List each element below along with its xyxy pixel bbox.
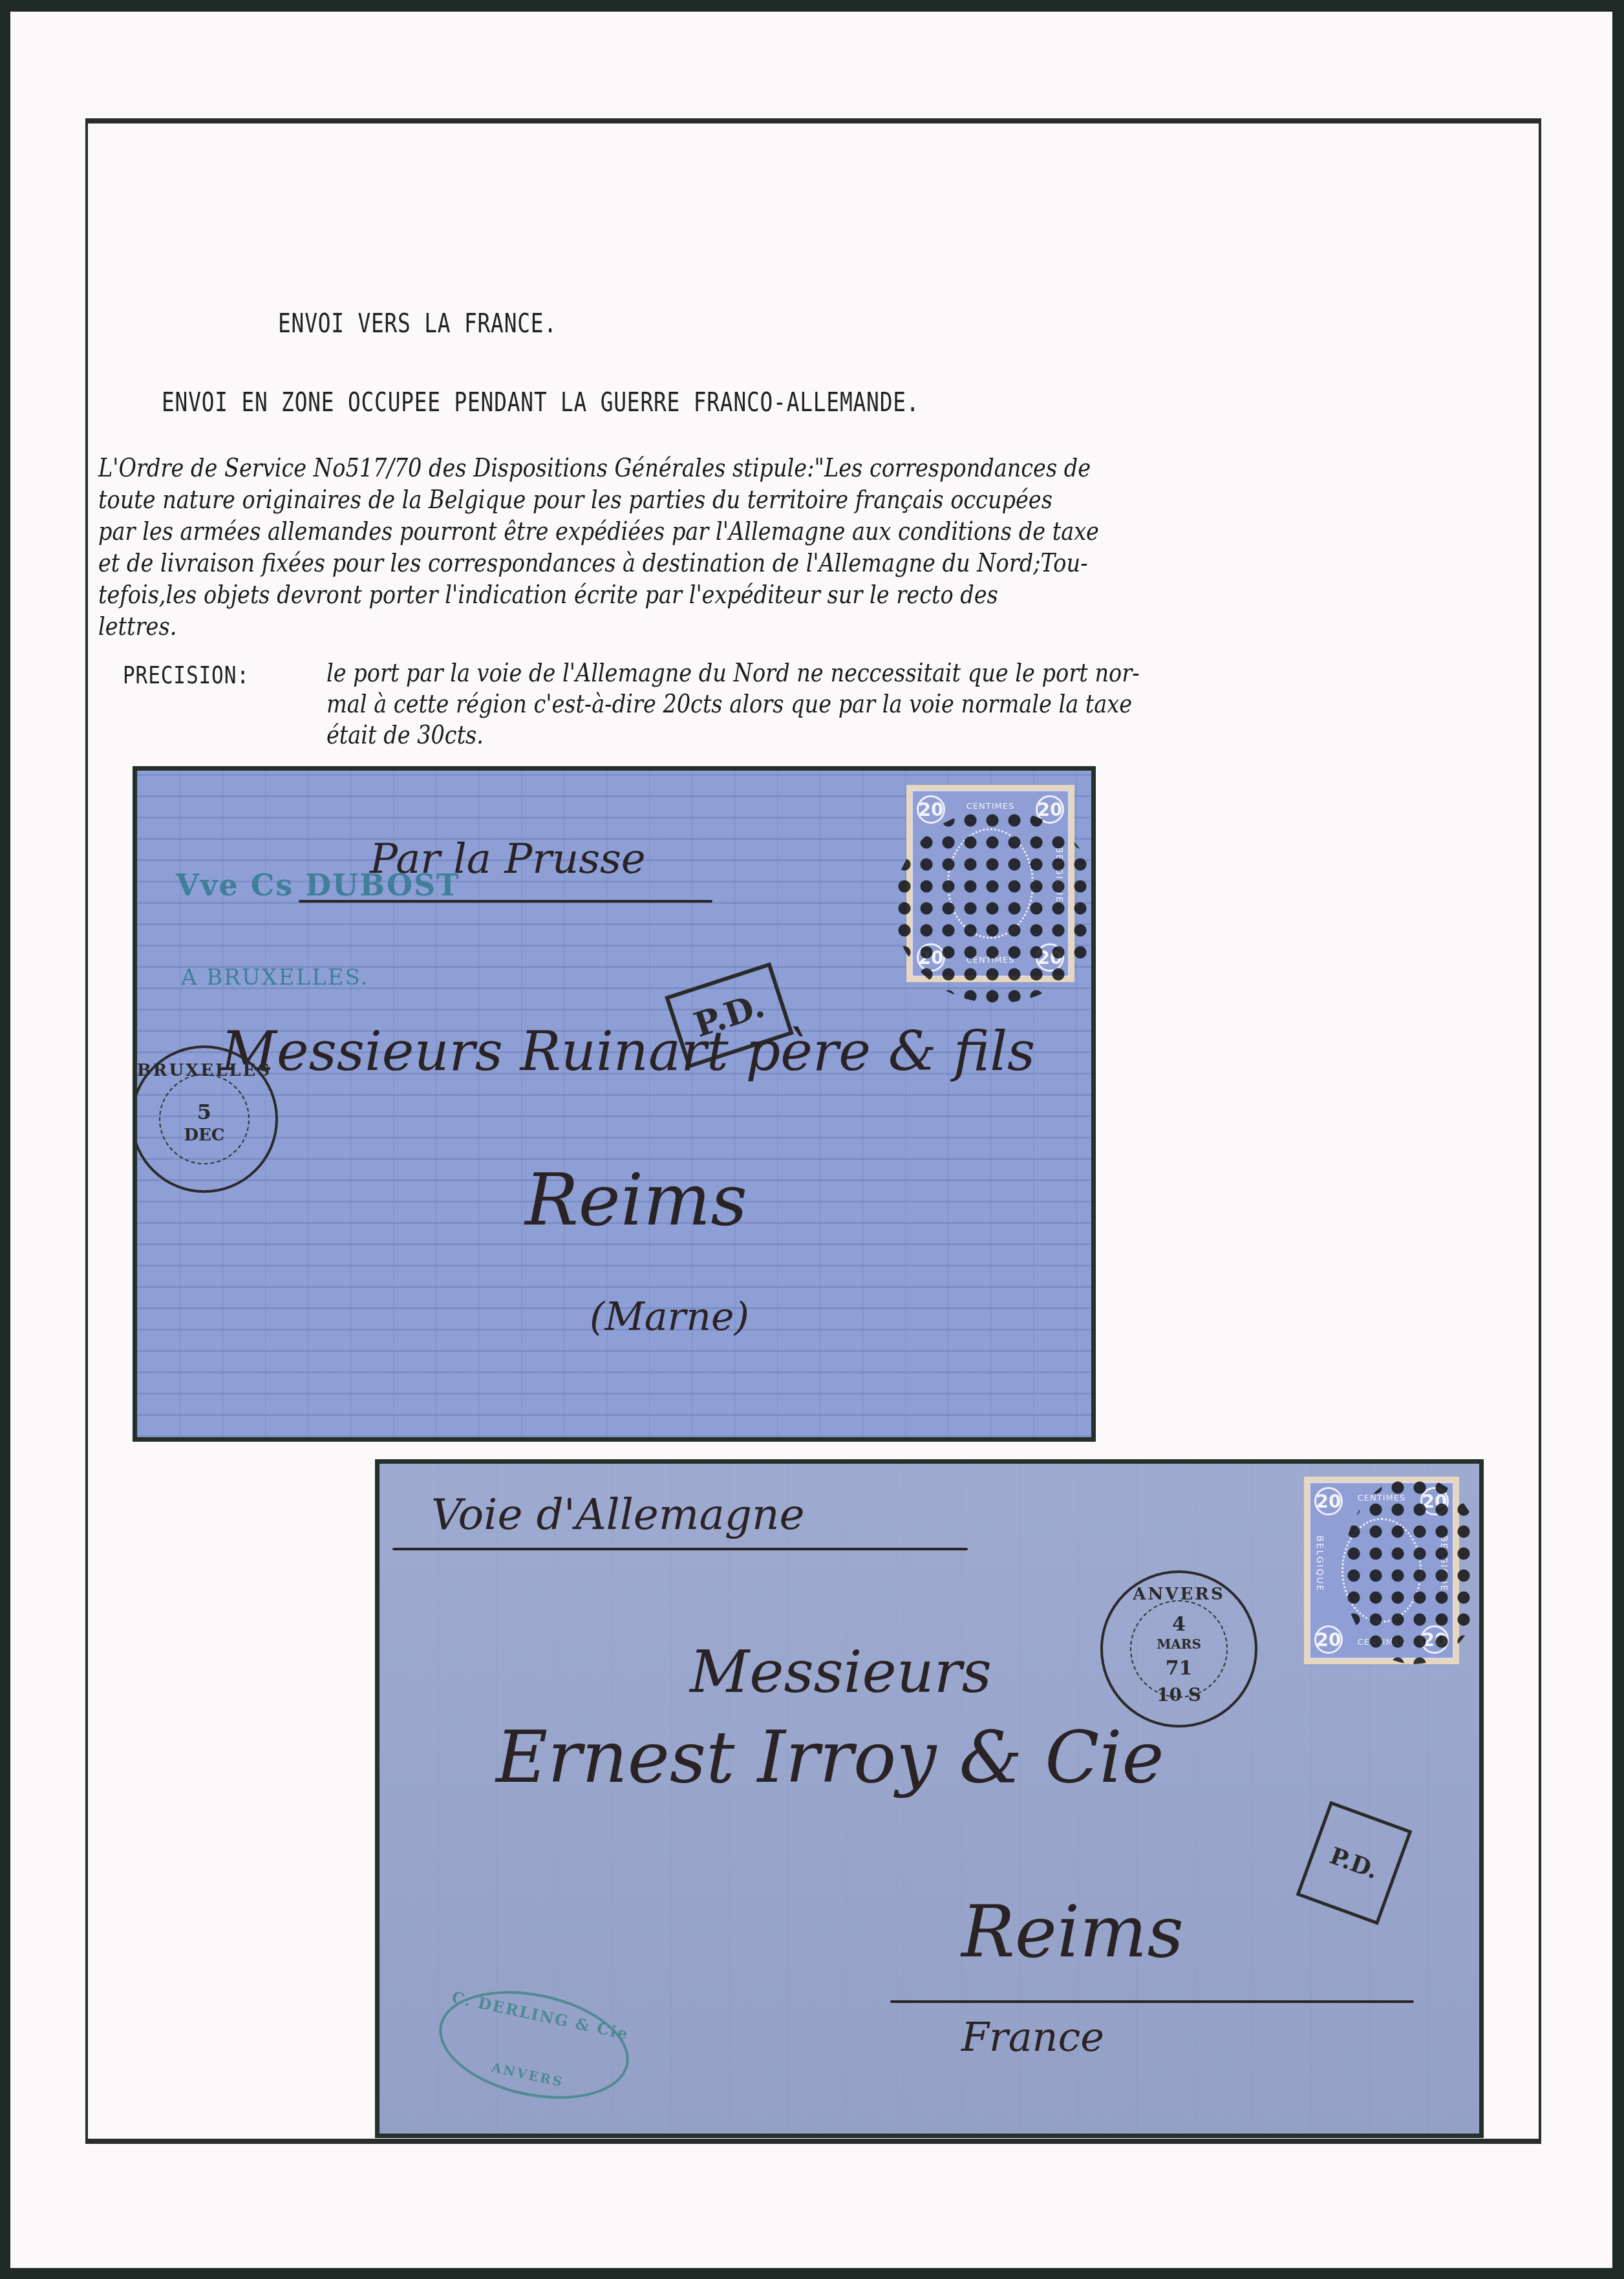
datestamp-month: DEC: [133, 1126, 275, 1145]
oval-cachet-line2: ANVERS: [434, 2048, 621, 2102]
paragraph-line: par les armées allemandes pourront être …: [98, 516, 1338, 548]
stamp-design: 20 20 20 20 CENTIMES CENTIMES BELGIQUE B…: [1309, 1482, 1454, 1659]
datestamp-town: ANVERS: [1103, 1585, 1255, 1604]
stamp-portrait-oval: [1341, 1518, 1421, 1623]
underline-rule: [392, 1548, 968, 1550]
cover-1-bruxelles-letter: Par la Prusse Vve Cs DUBOST A BRUXELLES.…: [133, 766, 1096, 1442]
destination-city: Reims: [961, 1890, 1184, 1973]
sender-cachet-line2: A BRUXELLES.: [181, 965, 369, 990]
page-title: ENVOI VERS LA FRANCE.: [278, 309, 557, 339]
precision-line: était de 30cts.: [326, 720, 1140, 751]
paragraph-line: lettres.: [98, 611, 1338, 643]
postage-stamp-20c: 20 20 20 20 CENTIMES CENTIMES BELGIQUE B…: [1304, 1477, 1459, 1664]
destination-region: (Marne): [590, 1294, 749, 1340]
destination-city: Reims: [525, 1159, 747, 1241]
paragraph-line: et de livraison fixées pour les correspo…: [98, 548, 1338, 579]
destination-country: France: [961, 2013, 1104, 2060]
datestamp-year: 71: [1103, 1657, 1255, 1680]
stamp-caption: CENTIMES: [1310, 1493, 1453, 1503]
anvers-datestamp: ANVERS 4 MARS 71 10 S: [1100, 1570, 1257, 1728]
paragraph-line: L'Ordre de Service No517/70 des Disposit…: [98, 453, 1338, 484]
pd-mark-text: P.D.: [1327, 1842, 1382, 1885]
cover-2-anvers-letter: Voie d'Allemagne Messieurs Ernest Irroy …: [375, 1459, 1484, 2138]
stamp-country: BELGIQUE: [1438, 1535, 1449, 1592]
precision-line: le port par la voie de l'Allemagne du No…: [326, 658, 1140, 689]
route-note: Voie d'Allemagne: [431, 1490, 805, 1539]
stamp-country: BELGIQUE: [1054, 847, 1064, 903]
addressee-line2: Ernest Irroy & Cie: [496, 1716, 1164, 1799]
description-paragraph: L'Ordre de Service No517/70 des Disposit…: [98, 453, 1338, 643]
sender-cachet-line1: Vve Cs DUBOST: [176, 868, 460, 903]
stamp-caption: CENTIMES: [1310, 1638, 1453, 1647]
addressee-line1: Messieurs: [690, 1638, 992, 1706]
oval-cachet-line1: C. DERLING & Cie: [447, 1987, 634, 2044]
datestamp-town: BRUXELLES: [133, 1061, 275, 1080]
stamp-caption: CENTIMES: [913, 802, 1068, 811]
stamp-portrait-oval: [947, 828, 1034, 939]
datestamp-time: 10 S: [1103, 1684, 1255, 1706]
page-subtitle: ENVOI EN ZONE OCCUPEE PENDANT LA GUERRE …: [162, 388, 919, 418]
precision-label: PRECISION:: [123, 661, 250, 689]
paragraph-line: tefois,les objets devront porter l'indic…: [98, 579, 1338, 611]
datestamp-day: 4: [1103, 1613, 1255, 1636]
stamp-caption: CENTIMES: [913, 956, 1068, 965]
sender-oval-cachet: C. DERLING & Cie ANVERS: [429, 1975, 639, 2115]
precision-text: le port par la voie de l'Allemagne du No…: [326, 658, 1140, 751]
underline-rule: [890, 2000, 1414, 2003]
pd-mark: P.D.: [1296, 1801, 1413, 1925]
postage-stamp-20c: 20 20 20 20 CENTIMES CENTIMES BELGIQUE: [906, 785, 1074, 982]
stamp-design: 20 20 20 20 CENTIMES CENTIMES BELGIQUE: [912, 790, 1069, 977]
precision-line: mal à cette région c'est-à-dire 20cts al…: [326, 689, 1140, 720]
addressee: Messieurs Ruinart père & fils: [221, 1020, 1035, 1083]
paragraph-line: toute nature originaires de la Belgique …: [98, 484, 1338, 516]
datestamp-month: MARS: [1103, 1636, 1255, 1652]
datestamp-day: 5: [133, 1100, 275, 1124]
bruxelles-datestamp: BRUXELLES 5 DEC: [133, 1045, 278, 1193]
stamp-country: BELGIQUE: [1314, 1535, 1325, 1592]
